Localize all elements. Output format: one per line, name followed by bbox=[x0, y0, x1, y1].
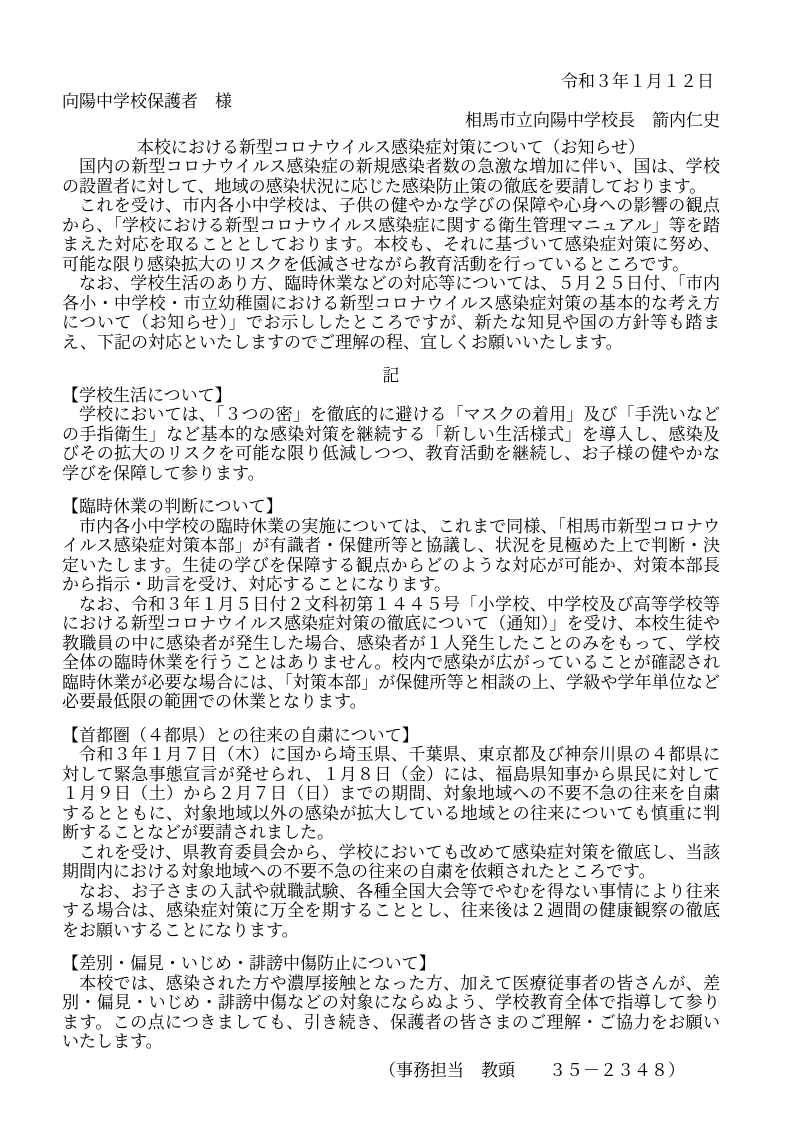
section-paragraph: なお、令和３年１月５日付２文科初第１４４５号「小学校、中学校及び高等学校等におけ… bbox=[62, 595, 720, 712]
sections-container: 【学校生活について】学校においては、「３つの密」を徹底的に避ける「マスクの着用」… bbox=[62, 386, 720, 1052]
document-date: 令和３年１月１２日 bbox=[62, 72, 714, 92]
section-paragraph: これを受け、県教育委員会から、学校においても改めて感染症対策を徹底し、当該期間内… bbox=[62, 843, 720, 882]
section-paragraph: 令和３年１月７日（木）に国から埼玉県、千葉県、東京都及び神奈川県の４都県に対して… bbox=[62, 745, 720, 843]
document-page: 令和３年１月１２日 向陽中学校保護者 様 相馬市立向陽中学校長 箭内仁史 本校に… bbox=[0, 0, 794, 1123]
intro-paragraph: これを受け、市内各小中学校は、子供の健やかな学びの保障や心身への影響の観点から、… bbox=[62, 196, 720, 274]
section-paragraph: 学校においては、「３つの密」を徹底的に避ける「マスクの着用」及び「手洗いなどの手… bbox=[62, 405, 720, 483]
section-paragraph: 市内各小中学校の臨時休業の実施については、これまで同様、「相馬市新型コロナウイル… bbox=[62, 517, 720, 595]
section-heading: 【臨時休業の判断について】 bbox=[62, 497, 720, 517]
section: 【臨時休業の判断について】市内各小中学校の臨時休業の実施については、これまで同様… bbox=[62, 497, 720, 712]
section-heading: 【学校生活について】 bbox=[62, 386, 720, 406]
document-title: 本校における新型コロナウイルス感染症対策について（お知らせ） bbox=[62, 138, 720, 158]
intro-paragraph: なお、学校生活のあり方、臨時休業などの対応等については、５月２５日付、「市内各小… bbox=[62, 274, 720, 352]
section-paragraph: なお、お子さまの入試や就職試験、各種全国大会等でやむを得ない事情により往来する場… bbox=[62, 882, 720, 941]
section-paragraph: 本校では、感染された方や濃厚接触となった方、加えて医療従事者の皆さんが、差別・偏… bbox=[62, 974, 720, 1052]
section-heading: 【差別・偏見・いじめ・誹謗中傷防止について】 bbox=[62, 954, 720, 974]
section-heading: 【首都圏（４都県）との往来の自粛について】 bbox=[62, 726, 720, 746]
intro-paragraph: 国内の新型コロナウイルス感染症の新規感染者数の急激な増加に伴い、国は、学校の設置… bbox=[62, 157, 720, 196]
addressee: 向陽中学校保護者 様 bbox=[62, 92, 720, 112]
contact-line: （事務担当 教頭 ３５－２３４８） bbox=[62, 1061, 685, 1081]
section: 【差別・偏見・いじめ・誹謗中傷防止について】本校では、感染された方や濃厚接触とな… bbox=[62, 954, 720, 1052]
section: 【学校生活について】学校においては、「３つの密」を徹底的に避ける「マスクの着用」… bbox=[62, 386, 720, 484]
section: 【首都圏（４都県）との往来の自粛について】令和３年１月７日（木）に国から埼玉県、… bbox=[62, 726, 720, 941]
intro-paragraphs: 国内の新型コロナウイルス感染症の新規感染者数の急激な増加に伴い、国は、学校の設置… bbox=[62, 157, 720, 352]
sender: 相馬市立向陽中学校長 箭内仁史 bbox=[62, 111, 720, 131]
record-marker: 記 bbox=[62, 366, 720, 386]
